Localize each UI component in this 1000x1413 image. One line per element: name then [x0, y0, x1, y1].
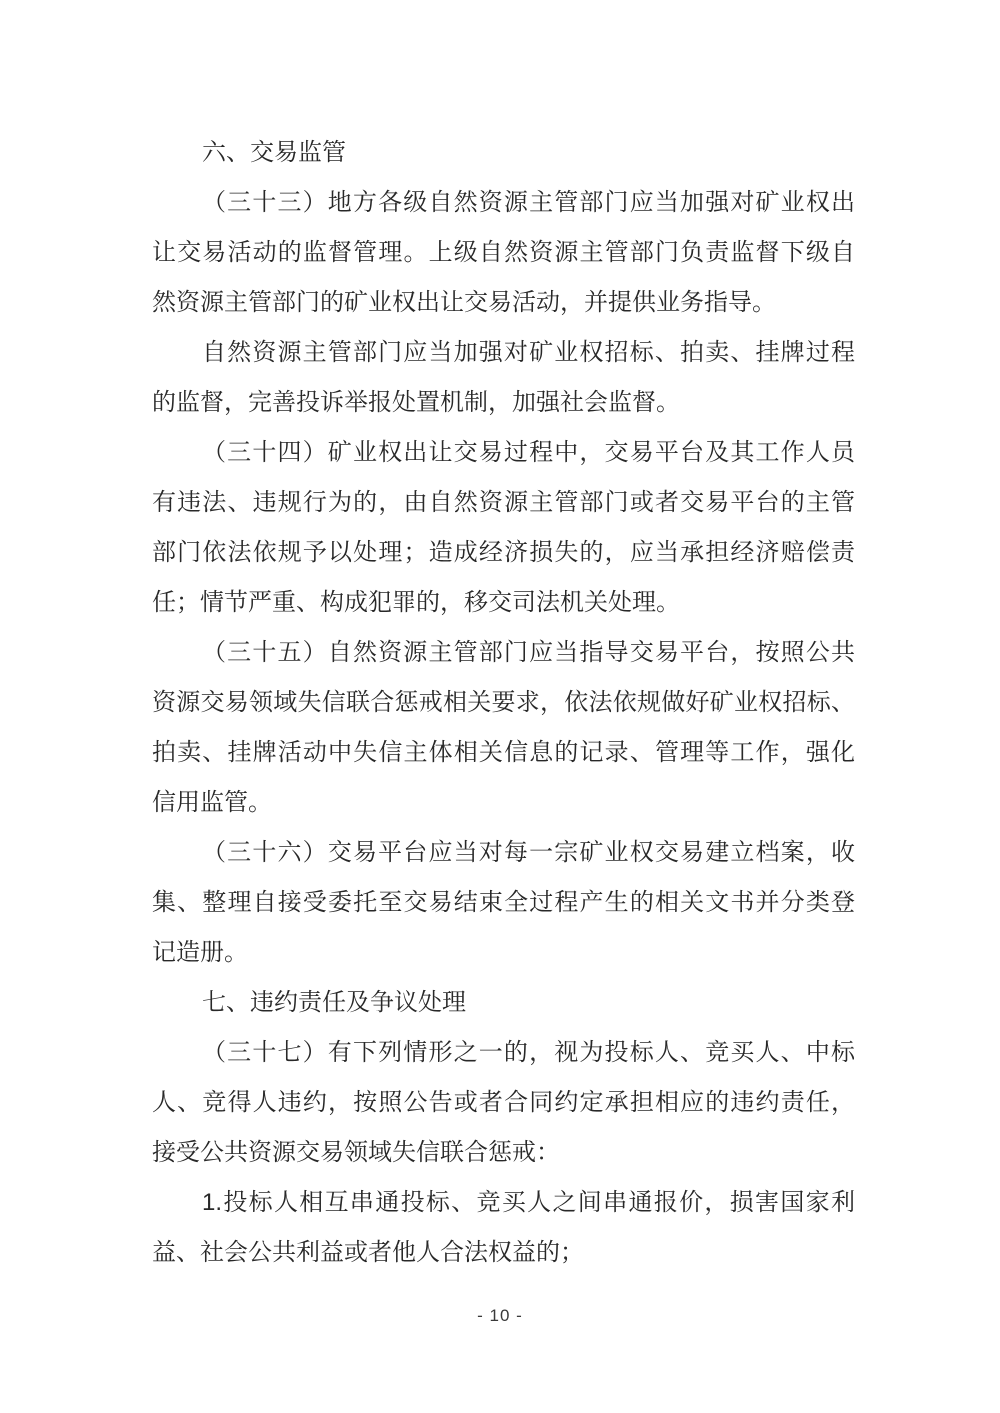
text-line: （三十六）交易平台应当对每一宗矿业权交易建立档案，收	[152, 828, 855, 878]
section-heading: 六、交易监管	[152, 128, 855, 178]
text-line: 人、竞得人违约，按照公告或者合同约定承担相应的违约责任，	[152, 1078, 855, 1128]
text-line: 益、社会公共利益或者他人合法权益的；	[152, 1228, 855, 1278]
text-line: 让交易活动的监督管理。上级自然资源主管部门负责监督下级自	[152, 228, 855, 278]
document-lines: 六、交易监管（三十三）地方各级自然资源主管部门应当加强对矿业权出让交易活动的监督…	[152, 128, 855, 1278]
text-line: 自然资源主管部门应当加强对矿业权招标、拍卖、挂牌过程	[152, 328, 855, 378]
text-line: （三十三）地方各级自然资源主管部门应当加强对矿业权出	[152, 178, 855, 228]
text-line: （三十五）自然资源主管部门应当指导交易平台，按照公共	[152, 628, 855, 678]
text-line: 的监督，完善投诉举报处置机制，加强社会监督。	[152, 378, 855, 428]
text-line: 有违法、违规行为的，由自然资源主管部门或者交易平台的主管	[152, 478, 855, 528]
text-line: （三十四）矿业权出让交易过程中，交易平台及其工作人员	[152, 428, 855, 478]
text-line: 1.投标人相互串通投标、竞买人之间串通报价，损害国家利	[152, 1178, 855, 1228]
text-line: 任；情节严重、构成犯罪的，移交司法机关处理。	[152, 578, 855, 628]
text-line: 集、整理自接受委托至交易结束全过程产生的相关文书并分类登	[152, 878, 855, 928]
text-line: 部门依法依规予以处理；造成经济损失的，应当承担经济赔偿责	[152, 528, 855, 578]
text-line: 记造册。	[152, 928, 855, 978]
text-line: 接受公共资源交易领域失信联合惩戒：	[152, 1128, 855, 1178]
text-line: 然资源主管部门的矿业权出让交易活动，并提供业务指导。	[152, 278, 855, 328]
document-page: 六、交易监管（三十三）地方各级自然资源主管部门应当加强对矿业权出让交易活动的监督…	[0, 0, 1000, 1413]
text-line: （三十七）有下列情形之一的，视为投标人、竞买人、中标	[152, 1028, 855, 1078]
section-heading: 七、违约责任及争议处理	[152, 978, 855, 1028]
text-line: 资源交易领域失信联合惩戒相关要求，依法依规做好矿业权招标、	[152, 678, 855, 728]
page-number: - 10 -	[0, 1303, 1000, 1329]
text-line: 拍卖、挂牌活动中失信主体相关信息的记录、管理等工作，强化	[152, 728, 855, 778]
text-line: 信用监管。	[152, 778, 855, 828]
